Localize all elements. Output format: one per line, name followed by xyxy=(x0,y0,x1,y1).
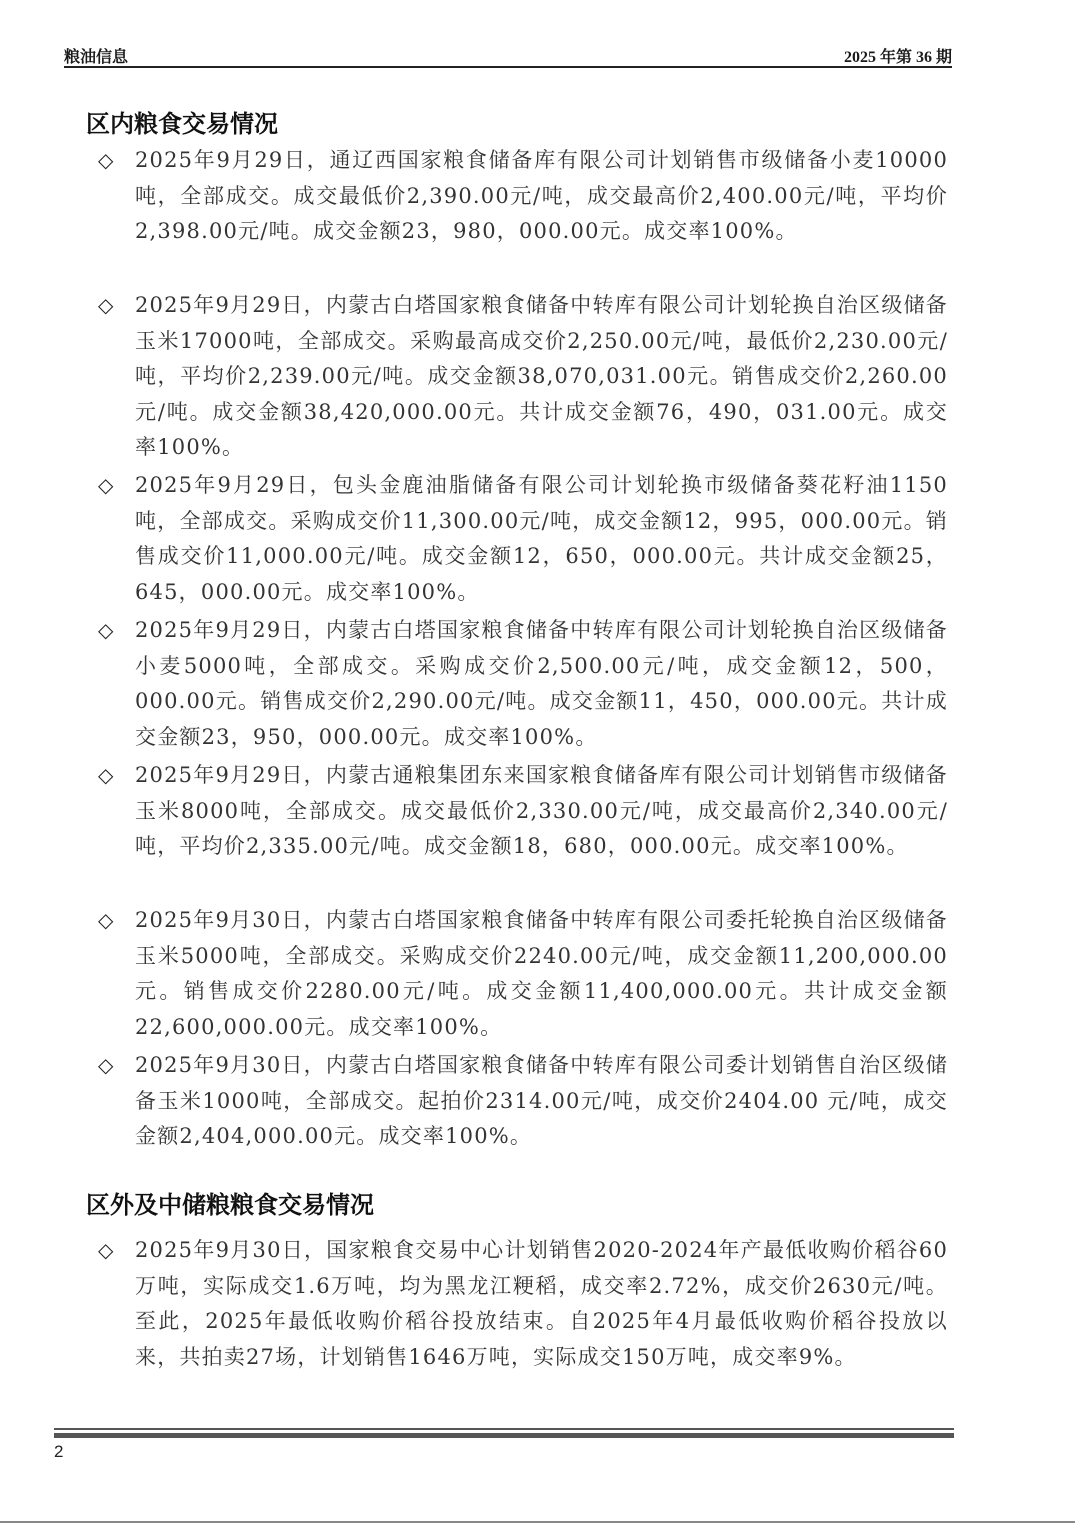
item-text: 2025年9月29日，通辽西国家粮食储备库有限公司计划销售市级储备小麦10000… xyxy=(135,143,948,250)
publication-name: 粮油信息 xyxy=(64,44,128,67)
section-title-external-trading: 区外及中储粮粮食交易情况 xyxy=(86,1185,374,1220)
section-title-regional-trading: 区内粮食交易情况 xyxy=(86,104,278,139)
list-item: ◇ 2025年9月29日，通辽西国家粮食储备库有限公司计划销售市级储备小麦100… xyxy=(98,143,948,250)
item-text: 2025年9月29日，内蒙古通粮集团东来国家粮食储备库有限公司计划销售市级储备玉… xyxy=(135,758,948,865)
diamond-bullet-icon: ◇ xyxy=(98,143,128,179)
list-item: ◇ 2025年9月29日，内蒙古白塔国家粮食储备中转库有限公司计划轮换自治区级储… xyxy=(98,613,948,755)
page-number: 2 xyxy=(54,1442,63,1462)
diamond-bullet-icon: ◇ xyxy=(98,468,128,504)
list-item: ◇ 2025年9月29日，内蒙古白塔国家粮食储备中转库有限公司计划轮换自治区级储… xyxy=(98,288,948,466)
diamond-bullet-icon: ◇ xyxy=(98,1048,128,1084)
page-header: 粮油信息 2025 年第 36 期 xyxy=(64,44,952,66)
list-item: ◇ 2025年9月29日，内蒙古通粮集团东来国家粮食储备库有限公司计划销售市级储… xyxy=(98,758,948,865)
item-text: 2025年9月30日，内蒙古白塔国家粮食储备中转库有限公司委计划销售自治区级储备… xyxy=(135,1048,948,1155)
diamond-bullet-icon: ◇ xyxy=(98,903,128,939)
diamond-bullet-icon: ◇ xyxy=(98,758,128,794)
footer-divider-thin xyxy=(54,1428,954,1430)
list-item: ◇ 2025年9月29日，包头金鹿油脂储备有限公司计划轮换市级储备葵花籽油115… xyxy=(98,468,948,610)
item-text: 2025年9月29日，包头金鹿油脂储备有限公司计划轮换市级储备葵花籽油1150吨… xyxy=(135,468,948,610)
header-divider xyxy=(64,66,952,68)
footer-divider-thick xyxy=(54,1433,954,1438)
item-text: 2025年9月30日，内蒙古白塔国家粮食储备中转库有限公司委托轮换自治区级储备玉… xyxy=(135,903,948,1045)
list-item: ◇ 2025年9月30日，内蒙古白塔国家粮食储备中转库有限公司委托轮换自治区级储… xyxy=(98,903,948,1045)
item-text: 2025年9月29日，内蒙古白塔国家粮食储备中转库有限公司计划轮换自治区级储备玉… xyxy=(135,288,948,466)
issue-number: 2025 年第 36 期 xyxy=(844,44,952,67)
list-item: ◇ 2025年9月30日，国家粮食交易中心计划销售2020-2024年产最低收购… xyxy=(98,1233,948,1375)
item-text: 2025年9月29日，内蒙古白塔国家粮食储备中转库有限公司计划轮换自治区级储备小… xyxy=(135,613,948,755)
item-text: 2025年9月30日，国家粮食交易中心计划销售2020-2024年产最低收购价稻… xyxy=(135,1233,948,1375)
diamond-bullet-icon: ◇ xyxy=(98,1233,128,1269)
diamond-bullet-icon: ◇ xyxy=(98,613,128,649)
list-item: ◇ 2025年9月30日，内蒙古白塔国家粮食储备中转库有限公司委计划销售自治区级… xyxy=(98,1048,948,1155)
diamond-bullet-icon: ◇ xyxy=(98,288,128,324)
